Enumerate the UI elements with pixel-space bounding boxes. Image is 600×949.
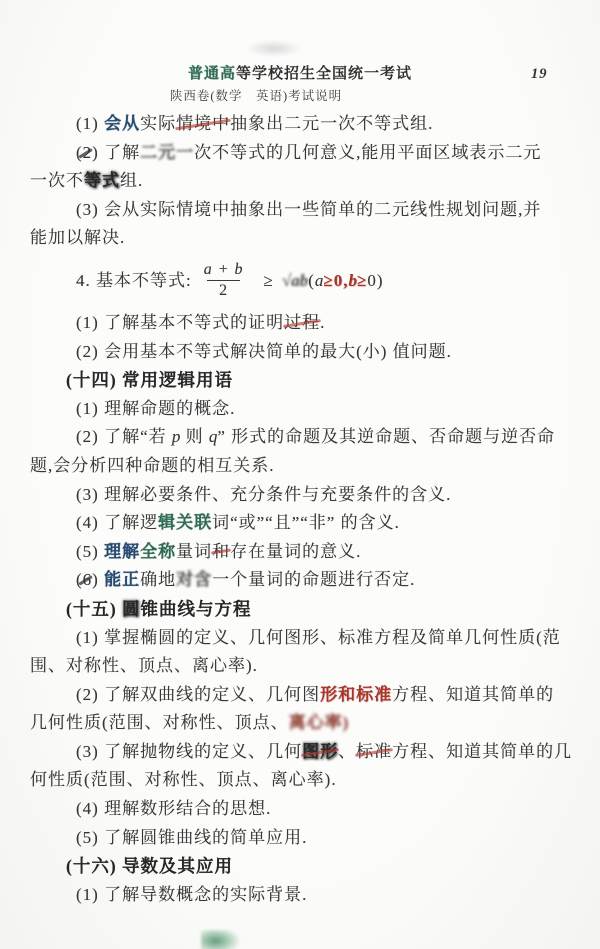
- text-run: (5): [76, 542, 104, 561]
- text-run: 等式: [84, 171, 120, 190]
- text-run: 方程、知道其简单的: [392, 685, 554, 704]
- text-run: ≥: [264, 267, 274, 296]
- text-run: ≥0,: [323, 267, 348, 296]
- text-run: ” 形式的命题及其逆命题、否命题与逆否命: [217, 427, 555, 446]
- text-run: b: [348, 267, 357, 296]
- text-run: (: [308, 267, 315, 296]
- text-run: 一个量词的命题进行否定.: [212, 570, 415, 589]
- text-run: (2) 会用基本不等式解决简单的最大(小) 值问题.: [76, 342, 452, 361]
- text-run: 一次不: [30, 171, 84, 190]
- scanned-page: 普通高等学校招生全国统一考试 陕西卷(数学 英语)考试说明 19 (1) 会从实…: [0, 0, 600, 949]
- text-run: (1) 了解基本不等式的证明: [76, 313, 284, 332]
- text-run: 普通高: [188, 66, 236, 82]
- text-line: 4. 基本不等式:a + b2≥√ab(a≥0,b≥0): [30, 253, 586, 309]
- text-line: (3) 理解必要条件、充分条件与充要条件的含义.: [30, 481, 586, 510]
- text-run: (4) 理解数形结合的思想.: [76, 799, 271, 818]
- text-run: 圆: [122, 599, 141, 619]
- text-line: (5) 了解圆锥曲线的简单应用.: [30, 824, 586, 853]
- text-run: 了解: [99, 143, 140, 162]
- text-run: 等学校招生全国统一考试: [236, 66, 412, 82]
- text-run: (2) 了解“若: [76, 427, 172, 446]
- text-line: (6) 能正确地对含一个量词的命题进行否定.: [30, 566, 586, 595]
- text-run: (3) 理解必要条件、充分条件与充要条件的含义.: [76, 485, 451, 504]
- text-line: (2) 了解双曲线的定义、几何图形和标准方程、知道其简单的: [30, 681, 586, 710]
- text-run: ≥: [357, 267, 367, 296]
- text-run: 0): [367, 267, 383, 296]
- text-line: (1) 掌握椭圆的定义、几何图形、标准方程及简单几何性质(范: [30, 624, 586, 653]
- text-run: 全称: [140, 542, 176, 561]
- text-run: (3) 了解抛物线的定义、几何: [76, 742, 302, 761]
- text-run: 何性质(范围、对称性、顶点、离心率).: [30, 770, 337, 789]
- text-run: 理解: [104, 542, 140, 561]
- scan-smudge: [246, 40, 302, 57]
- text-run: (6): [76, 570, 99, 589]
- text-line: 何性质(范围、对称性、顶点、离心率).: [30, 766, 586, 795]
- text-run: 标准: [356, 742, 392, 761]
- text-line: 题,会分析四种命题的相互关系.: [30, 452, 586, 481]
- text-run: (十六) 导数及其应用: [66, 856, 233, 876]
- text-run: 量词: [176, 542, 212, 561]
- text-line: (2) 会用基本不等式解决简单的最大(小) 值问题.: [30, 338, 586, 367]
- fraction-numerator: a + b: [199, 261, 249, 279]
- text-run: 对含: [176, 570, 212, 589]
- text-run: 次不等式的几何意义,能用平面区域表示二元: [194, 143, 541, 162]
- header-subtitle: 陕西卷(数学 英语)考试说明: [0, 86, 556, 104]
- text-line: (3) 了解抛物线的定义、几何图形、标准方程、知道其简单的几: [30, 738, 586, 767]
- text-line: (3) 会从实际情境中抽象出一些简单的二元线性规划问题,并: [30, 196, 586, 225]
- page-number: 19: [531, 66, 548, 83]
- text-run: 存在量词的意义.: [230, 542, 361, 561]
- text-run: (2) 了解双曲线的定义、几何图: [76, 685, 320, 704]
- text-run: 则: [180, 427, 209, 446]
- text-line: (4) 理解数形结合的思想.: [30, 795, 586, 824]
- text-line: (2) 了解二元一次不等式的几何意义,能用平面区域表示二元: [30, 139, 586, 168]
- text-run: 4. 基本不等式:: [76, 267, 192, 296]
- text-run: 实际: [140, 114, 176, 133]
- text-run: (十五): [66, 599, 122, 619]
- text-line: (1) 了解导数概念的实际背景.: [30, 881, 586, 910]
- text-line: 能加以解决.: [30, 224, 586, 253]
- text-run: 、: [338, 742, 356, 761]
- text-run: (3) 会从实际情境中抽象出一些简单的二元线性规划问题,并: [76, 200, 541, 219]
- text-run: 方程、知道其简单的几: [392, 742, 572, 761]
- text-line: (1) 会从实际情境中抽象出二元一次不等式组.: [30, 110, 586, 139]
- text-run: 抽象出二元一次不等式组.: [230, 114, 433, 133]
- green-ink-blob: [201, 930, 239, 949]
- text-line: (2) 了解“若 p 则 q” 形式的命题及其逆命题、否命题与逆否命: [30, 423, 586, 452]
- text-run: (十四) 常用逻辑用语: [66, 370, 233, 390]
- text-run: (1) 理解命题的概念.: [76, 399, 235, 418]
- text-run: 组.: [120, 171, 143, 190]
- text-line: (5) 理解全称量词和存在量词的意义.: [30, 538, 586, 567]
- fraction-denominator: 2: [207, 280, 240, 301]
- text-run: 几何性质(范围、对称性、顶点、: [30, 713, 289, 732]
- text-run: 会从: [104, 114, 140, 133]
- text-run: 词“或”“且”“非” 的含义.: [212, 513, 400, 532]
- text-run: 确地: [140, 570, 176, 589]
- text-run: .: [320, 313, 325, 332]
- text-run: (4) 了解逻: [76, 513, 158, 532]
- text-run: 围、对称性、顶点、离心率).: [30, 656, 258, 675]
- text-line: 几何性质(范围、对称性、顶点、离心率): [30, 709, 586, 738]
- text-run: √ab: [282, 267, 308, 296]
- text-run: 辑关联: [158, 513, 212, 532]
- page-header: 普通高等学校招生全国统一考试 陕西卷(数学 英语)考试说明: [0, 62, 600, 104]
- document-body: (1) 会从实际情境中抽象出二元一次不等式组.(2) 了解二元一次不等式的几何意…: [30, 110, 586, 909]
- text-run: 锥曲线与方程: [141, 599, 252, 619]
- text-run: 情境中: [176, 114, 230, 133]
- text-run: (1) 掌握椭圆的定义、几何图形、标准方程及简单几何性质(范: [76, 628, 561, 647]
- section-heading: (十六) 导数及其应用: [30, 852, 586, 881]
- text-run: (2): [76, 143, 99, 162]
- text-line: 一次不等式组.: [30, 167, 586, 196]
- text-run: (1) 了解导数概念的实际背景.: [76, 885, 307, 904]
- text-line: 围、对称性、顶点、离心率).: [30, 652, 586, 681]
- text-run: (5) 了解圆锥曲线的简单应用.: [76, 828, 307, 847]
- fraction: a + b2: [199, 261, 249, 300]
- text-run: 过程: [284, 313, 320, 332]
- text-line: (1) 理解命题的概念.: [30, 395, 586, 424]
- text-run: (1): [76, 114, 104, 133]
- text-run: 二元一: [140, 143, 194, 162]
- text-run: 题,会分析四种命题的相互关系.: [30, 456, 275, 475]
- text-run: 图形: [302, 742, 338, 761]
- text-run: 能加以解决.: [30, 228, 125, 247]
- section-heading: (十五) 圆锥曲线与方程: [30, 595, 586, 624]
- header-title: 普通高等学校招生全国统一考试: [0, 62, 600, 83]
- section-heading: (十四) 常用逻辑用语: [30, 366, 586, 395]
- text-line: (1) 了解基本不等式的证明过程.: [30, 309, 586, 338]
- text-run: 离心率): [289, 713, 350, 732]
- text-run: 形和标准: [320, 685, 392, 704]
- text-line: (4) 了解逻辑关联词“或”“且”“非” 的含义.: [30, 509, 586, 538]
- text-run: 和: [212, 542, 230, 561]
- text-run: 能正: [104, 570, 140, 589]
